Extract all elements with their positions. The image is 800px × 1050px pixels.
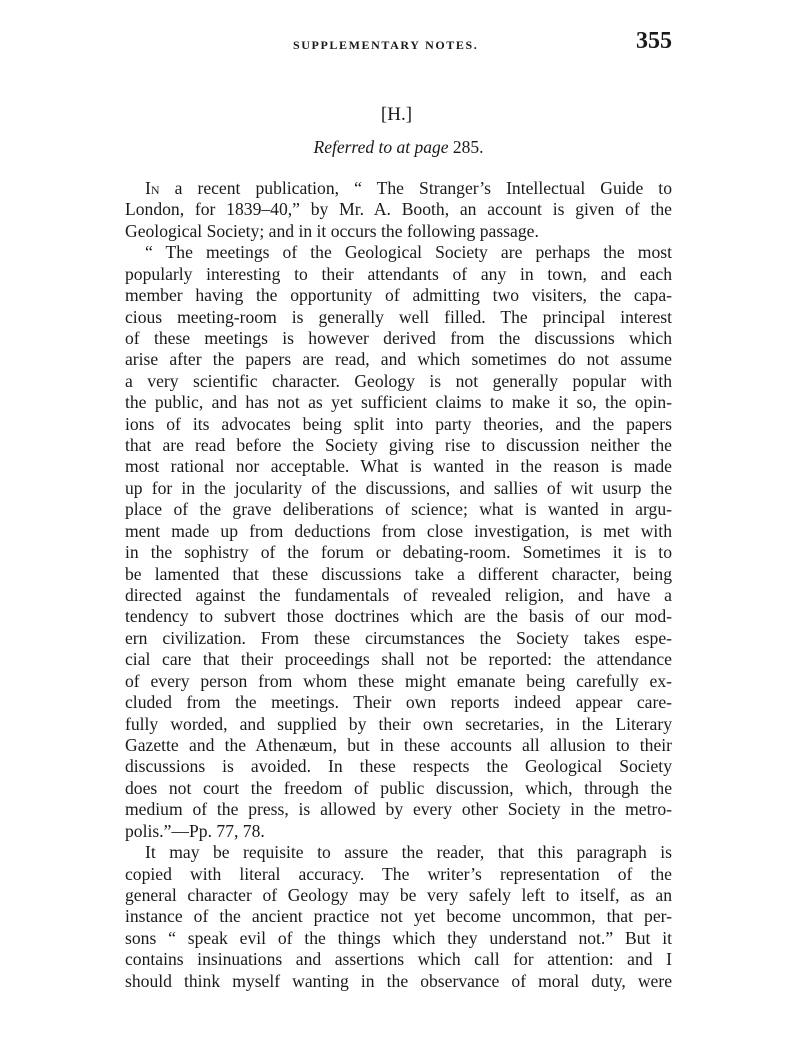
text-line-content: of these meetings is however derived fro… — [125, 328, 672, 348]
text-line-content: the public, and has not as yet sufficien… — [125, 392, 672, 412]
text-line: London, for 1839–40,” by Mr. A. Booth, a… — [125, 199, 672, 220]
text-line-content: arise after the papers are read, and whi… — [125, 349, 672, 369]
text-line-content: in the sophistry of the forum or debatin… — [125, 542, 672, 562]
text-line-content: popularly interesting to their attendant… — [125, 264, 672, 284]
text-line-content: be lamented that these discussions take … — [125, 564, 672, 584]
text-line-content: “ The meetings of the Geological Society… — [145, 242, 672, 262]
text-line: general character of Geology may be very… — [125, 885, 672, 906]
text-line: up for in the jocularity of the discussi… — [125, 478, 672, 499]
page-number: 355 — [636, 28, 672, 55]
text-line: instance of the ancient practice not yet… — [125, 906, 672, 927]
text-line-content: member having the opportunity of admitti… — [125, 285, 672, 305]
text-line-content: should think myself wanting in the obser… — [125, 971, 672, 991]
text-line: medium of the press, is allowed by every… — [125, 799, 672, 820]
reference-page: 285. — [453, 137, 484, 157]
text-line-content: ern civilization. From these circumstanc… — [125, 628, 672, 648]
text-line-content: polis.”—Pp. 77, 78. — [125, 821, 265, 841]
text-line: be lamented that these discussions take … — [125, 564, 672, 585]
text-line: cluded from the meetings. Their own repo… — [125, 692, 672, 713]
drop-lead-word: In — [145, 178, 160, 198]
text-line-content: ions of its advocates being split into p… — [125, 414, 672, 434]
text-line: “ The meetings of the Geological Society… — [125, 242, 672, 263]
text-line: In a recent publication, “ The Stranger’… — [125, 178, 672, 199]
text-line-content: general character of Geology may be very… — [125, 885, 672, 905]
text-line-content: directed against the fundamentals of rev… — [125, 585, 672, 605]
text-line-content: contains insinuations and assertions whi… — [125, 949, 672, 969]
text-line: ions of its advocates being split into p… — [125, 414, 672, 435]
text-line: contains insinuations and assertions whi… — [125, 949, 672, 970]
text-line: the public, and has not as yet sufficien… — [125, 392, 672, 413]
text-line-content: a very scientific character. Geology is … — [125, 371, 672, 391]
text-line-content: medium of the press, is allowed by every… — [125, 799, 672, 819]
text-line: a very scientific character. Geology is … — [125, 371, 672, 392]
note-label: [H.] — [125, 104, 672, 126]
text-line-content: tendency to subvert those doctrines whic… — [125, 606, 672, 626]
text-line: sons “ speak evil of the things which th… — [125, 928, 672, 949]
reference-text: Referred to at page — [314, 137, 449, 157]
text-line-content: Geological Society; and in it occurs the… — [125, 221, 539, 241]
text-line: discussions is avoided. In these respect… — [125, 756, 672, 777]
text-line-content: copied with literal accuracy. The writer… — [125, 864, 672, 884]
text-line-content: fully worded, and supplied by their own … — [125, 714, 672, 734]
text-line: in the sophistry of the forum or debatin… — [125, 542, 672, 563]
text-line: Geological Society; and in it occurs the… — [125, 221, 672, 242]
text-line-content: that are read before the Society giving … — [125, 435, 672, 455]
text-line: of these meetings is however derived fro… — [125, 328, 672, 349]
text-line: cious meeting-room is generally well fil… — [125, 307, 672, 328]
text-line: cial care that their proceedings shall n… — [125, 649, 672, 670]
text-line: place of the grave deliberations of scie… — [125, 499, 672, 520]
text-line: directed against the fundamentals of rev… — [125, 585, 672, 606]
text-line: does not court the freedom of public dis… — [125, 778, 672, 799]
running-head: SUPPLEMENTARY NOTES. 355 — [125, 28, 672, 54]
text-line-content: It may be requisite to assure the reader… — [145, 842, 672, 862]
text-line: It may be requisite to assure the reader… — [125, 842, 672, 863]
text-line: arise after the papers are read, and whi… — [125, 349, 672, 370]
text-line-content: discussions is avoided. In these respect… — [125, 756, 672, 776]
reference-line: Referred to at page 285. — [125, 137, 672, 158]
text-line: member having the opportunity of admitti… — [125, 285, 672, 306]
text-line: ment made up from deductions from close … — [125, 521, 672, 542]
note-label-text: [H.] — [381, 104, 412, 125]
text-line-content: cial care that their proceedings shall n… — [125, 649, 672, 669]
text-line-content: cious meeting-room is generally well fil… — [125, 307, 672, 327]
text-line-content: instance of the ancient practice not yet… — [125, 906, 672, 926]
text-line: fully worded, and supplied by their own … — [125, 714, 672, 735]
text-line-content: a recent publication, “ The Stranger’s I… — [175, 178, 672, 198]
text-line: popularly interesting to their attendant… — [125, 264, 672, 285]
text-line-content: cluded from the meetings. Their own repo… — [125, 692, 672, 712]
text-line-content: up for in the jocularity of the discussi… — [125, 478, 672, 498]
text-line: ern civilization. From these circumstanc… — [125, 628, 672, 649]
text-line-content: most rational nor acceptable. What is wa… — [125, 456, 672, 476]
text-line-content: London, for 1839–40,” by Mr. A. Booth, a… — [125, 199, 672, 219]
text-line-content: sons “ speak evil of the things which th… — [125, 928, 672, 948]
text-line: of every person from whom these might em… — [125, 671, 672, 692]
text-line: tendency to subvert those doctrines whic… — [125, 606, 672, 627]
running-title: SUPPLEMENTARY NOTES. — [293, 34, 478, 54]
text-line: Gazette and the Athenæum, but in these a… — [125, 735, 672, 756]
text-line: most rational nor acceptable. What is wa… — [125, 456, 672, 477]
text-line-content: Gazette and the Athenæum, but in these a… — [125, 735, 672, 755]
body-text: In a recent publication, “ The Stranger’… — [125, 178, 672, 992]
text-line: polis.”—Pp. 77, 78. — [125, 821, 672, 842]
text-line-content: place of the grave deliberations of scie… — [125, 499, 672, 519]
text-line: should think myself wanting in the obser… — [125, 971, 672, 992]
text-line-content: of every person from whom these might em… — [125, 671, 672, 691]
text-line: copied with literal accuracy. The writer… — [125, 864, 672, 885]
text-line-content: does not court the freedom of public dis… — [125, 778, 672, 798]
text-line: that are read before the Society giving … — [125, 435, 672, 456]
text-line-content: ment made up from deductions from close … — [125, 521, 672, 541]
